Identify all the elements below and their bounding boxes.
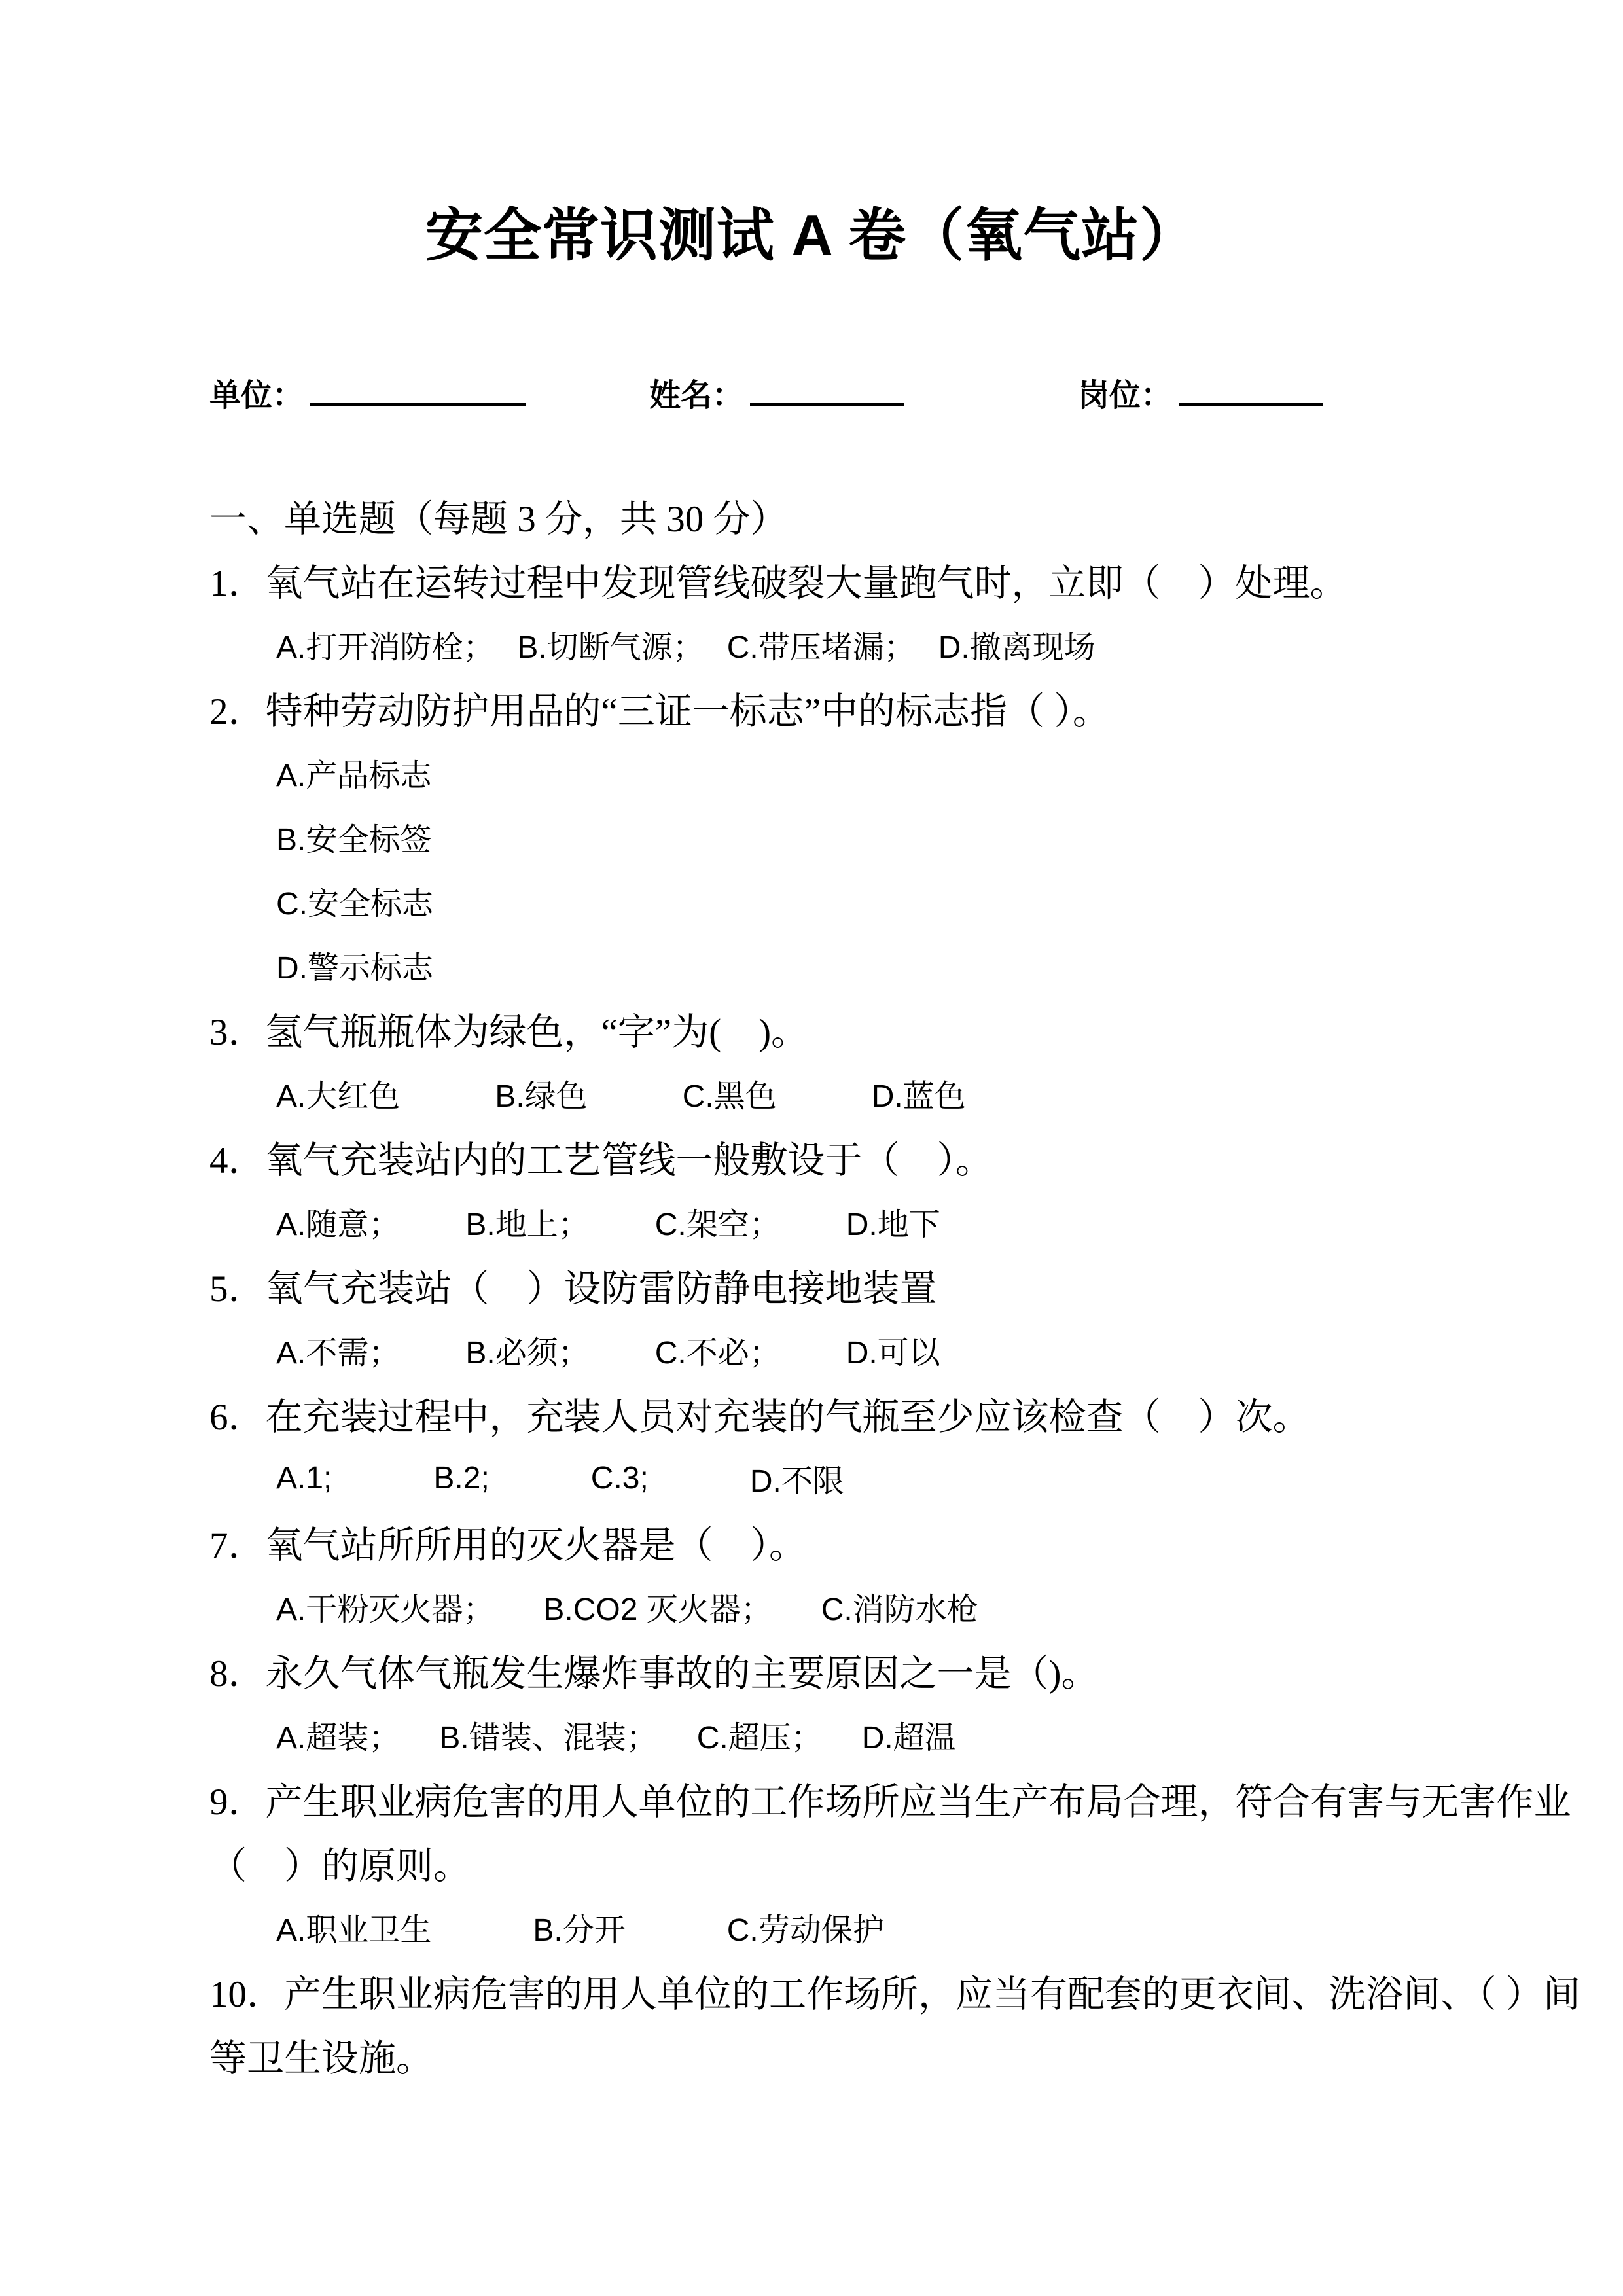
question-5-text: 5．氧气充装站（ ）设防雷防静电接地装置 bbox=[209, 1253, 1459, 1318]
question-3-text: 3．氢气瓶瓶体为绿色，“字”为( )。 bbox=[209, 997, 1459, 1061]
question-4-option-a: A.随意； bbox=[276, 1199, 400, 1244]
post-field: 岗位： bbox=[1078, 367, 1323, 425]
question-5-options: A.不需； B.必须； C.不必； D.可以 bbox=[209, 1318, 1459, 1382]
page-title: 安全常识测试 A 卷（氧气站） bbox=[0, 200, 1623, 272]
question-3-option-b: B.绿色 bbox=[495, 1071, 587, 1116]
question-4-option-d: D.地下 bbox=[846, 1199, 940, 1244]
exam-paper-page: 安全常识测试 A 卷（氧气站） 单位： 姓名： 岗位： 一、单选题（每题 3 分… bbox=[0, 0, 1623, 2296]
question-4-text: 4．氧气充装站内的工艺管线一般敷设于（ ）。 bbox=[209, 1125, 1459, 1189]
question-4-options: A.随意； B.地上； C.架空； D.地下 bbox=[209, 1189, 1459, 1253]
question-section: 一、单选题（每题 3 分，共 30 分） 1．氧气站在运转过程中发现管线破裂大量… bbox=[209, 484, 1459, 2087]
question-3-option-a: A.大红色 bbox=[276, 1071, 400, 1116]
question-8-option-d: D.超温 bbox=[862, 1712, 956, 1757]
unit-label: 单位： bbox=[209, 378, 304, 413]
question-1-option-c: C.带压堵漏； bbox=[727, 622, 916, 667]
question-2-option-d: D.警示标志 bbox=[209, 933, 1459, 997]
name-field: 姓名： bbox=[649, 367, 904, 425]
question-5-option-c: C.不必； bbox=[655, 1327, 781, 1372]
question-5-option-b: B.必须； bbox=[465, 1327, 589, 1372]
question-9-text-line-2: （ ）的原则。 bbox=[209, 1831, 1459, 1895]
unit-blank-line bbox=[310, 396, 526, 406]
post-label: 岗位： bbox=[1078, 378, 1172, 413]
question-5-option-a: A.不需； bbox=[276, 1327, 400, 1372]
question-8-options: A.超装； B.错装、混装； C.超压； D.超温 bbox=[209, 1702, 1459, 1767]
question-7-options: A.干粉灭火器； B.CO2 灭火器； C.消防水枪 bbox=[209, 1574, 1459, 1638]
question-1-option-b: B.切断气源； bbox=[517, 622, 704, 667]
question-6-option-d: D.不限 bbox=[750, 1456, 844, 1501]
name-label: 姓名： bbox=[649, 378, 743, 413]
question-8-option-b: B.错装、混装； bbox=[439, 1712, 657, 1757]
question-2-option-b: B.安全标签 bbox=[209, 804, 1459, 869]
question-1-text: 1．氧气站在运转过程中发现管线破裂大量跑气时，立即（ ）处理。 bbox=[209, 548, 1459, 612]
question-6-option-c: C.3; bbox=[591, 1460, 649, 1496]
question-10-text-line-1: 10．产生职业病危害的用人单位的工作场所，应当有配套的更衣间、洗浴间、（ ）间 bbox=[209, 1959, 1459, 2023]
question-2-option-a: A.产品标志 bbox=[209, 740, 1459, 804]
question-3-options: A.大红色 B.绿色 C.黑色 D.蓝色 bbox=[209, 1061, 1459, 1125]
question-6-text: 6．在充装过程中，充装人员对充装的气瓶至少应该检查（ ）次。 bbox=[209, 1382, 1459, 1446]
question-1-options: A.打开消防栓； B.切断气源； C.带压堵漏； D.撤离现场 bbox=[209, 612, 1459, 676]
question-4-option-b: B.地上； bbox=[465, 1199, 589, 1244]
question-7-text: 7．氧气站所所用的灭火器是（ ）。 bbox=[209, 1510, 1459, 1574]
name-blank-line bbox=[750, 396, 904, 406]
question-1-option-d: D.撤离现场 bbox=[938, 622, 1096, 667]
question-2-text: 2．特种劳动防护用品的“三证一标志”中的标志指（ ）。 bbox=[209, 676, 1459, 740]
question-6-option-a: A.1; bbox=[276, 1460, 332, 1496]
question-3-option-c: C.黑色 bbox=[683, 1071, 777, 1116]
question-8-option-a: A.超装； bbox=[276, 1712, 400, 1757]
question-9-option-c: C.劳动保护 bbox=[727, 1905, 884, 1950]
question-3-option-d: D.蓝色 bbox=[872, 1071, 966, 1116]
question-6-options: A.1; B.2; C.3; D.不限 bbox=[209, 1446, 1459, 1510]
question-2-option-c: C.安全标志 bbox=[209, 869, 1459, 933]
question-9-text-line-1: 9．产生职业病危害的用人单位的工作场所应当生产布局合理，符合有害与无害作业 bbox=[209, 1767, 1459, 1831]
question-8-option-c: C.超压； bbox=[697, 1712, 823, 1757]
question-9-option-b: B.分开 bbox=[533, 1905, 625, 1950]
candidate-info-row: 单位： 姓名： 岗位： bbox=[0, 367, 1623, 425]
post-blank-line bbox=[1179, 396, 1323, 406]
question-8-text: 8．永久气体气瓶发生爆炸事故的主要原因之一是（)。 bbox=[209, 1638, 1459, 1702]
question-5-option-d: D.可以 bbox=[846, 1327, 940, 1372]
question-6-option-b: B.2; bbox=[433, 1460, 489, 1496]
question-7-option-b: B.CO2 灭火器； bbox=[543, 1584, 772, 1629]
question-7-option-a: A.干粉灭火器； bbox=[276, 1584, 494, 1629]
question-7-option-c: C.消防水枪 bbox=[821, 1584, 978, 1629]
question-4-option-c: C.架空； bbox=[655, 1199, 781, 1244]
unit-field: 单位： bbox=[209, 367, 526, 425]
question-10-text-line-2: 等卫生设施。 bbox=[209, 2023, 1459, 2087]
question-9-options: A.职业卫生 B.分开 C.劳动保护 bbox=[209, 1895, 1459, 1959]
question-1-option-a: A.打开消防栓； bbox=[276, 622, 494, 667]
question-9-option-a: A.职业卫生 bbox=[276, 1905, 431, 1950]
section-heading: 一、单选题（每题 3 分，共 30 分） bbox=[209, 484, 1459, 548]
